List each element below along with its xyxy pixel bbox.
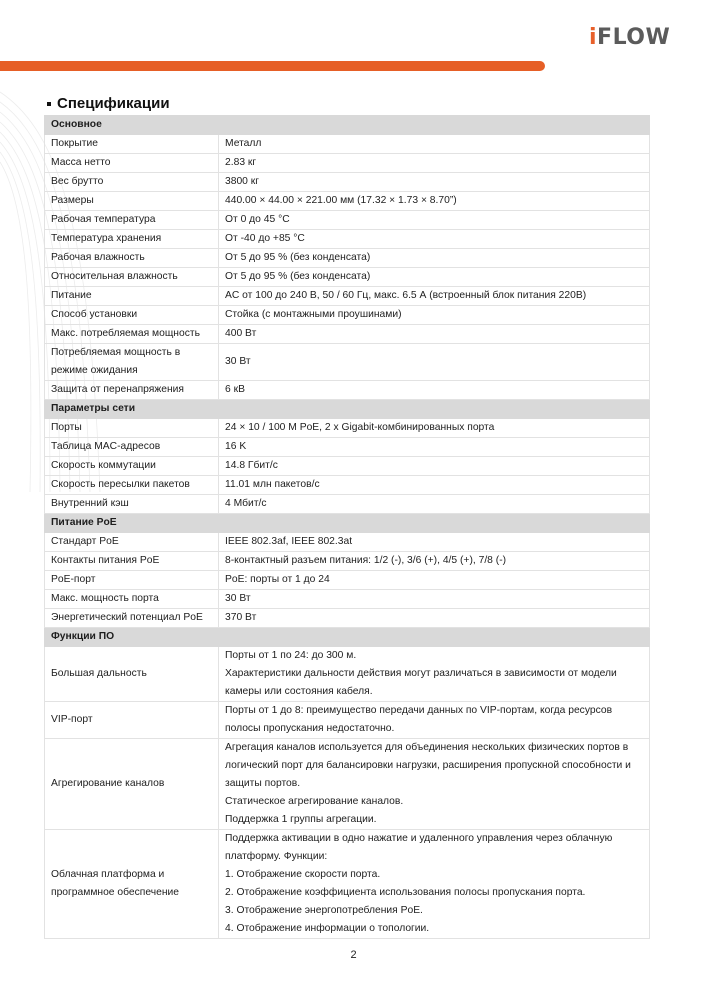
spec-value-line: 370 Вт	[225, 609, 643, 627]
spec-value-line: Металл	[225, 135, 643, 153]
spec-key: VIP-порт	[45, 702, 219, 739]
spec-key: Рабочая влажность	[45, 249, 219, 268]
spec-key: Относительная влажность	[45, 268, 219, 287]
table-row: Макс. мощность порта30 Вт	[45, 590, 650, 609]
table-row: Защита от перенапряжения6 кВ	[45, 381, 650, 400]
header-accent-bar	[0, 61, 545, 71]
spec-value: 4 Мбит/с	[219, 495, 650, 514]
table-row: Облачная платформа и программное обеспеч…	[45, 830, 650, 939]
table-row: Скорость коммутации14.8 Гбит/с	[45, 457, 650, 476]
spec-value-line: 11.01 млн пакетов/с	[225, 476, 643, 494]
bullet-icon	[47, 102, 51, 106]
section-title: Функции ПО	[45, 628, 650, 647]
spec-key: Вес брутто	[45, 173, 219, 192]
table-row: Агрегирование каналовАгрегация каналов и…	[45, 739, 650, 830]
spec-value-line: 30 Вт	[225, 590, 643, 608]
table-row: VIP-портПорты от 1 до 8: преимущество пе…	[45, 702, 650, 739]
logo-accent: i	[589, 27, 597, 49]
spec-value: 370 Вт	[219, 609, 650, 628]
spec-value: Порты от 1 по 24: до 300 м.Характеристик…	[219, 647, 650, 702]
brand-logo: iFLOW	[589, 27, 670, 49]
spec-value: Поддержка активации в одно нажатие и уда…	[219, 830, 650, 939]
spec-value-line: Порты от 1 по 24: до 300 м.	[225, 647, 643, 665]
spec-key: PoE-порт	[45, 571, 219, 590]
logo-text: FLOW	[597, 27, 670, 49]
spec-key: Защита от перенапряжения	[45, 381, 219, 400]
table-row: Потребляемая мощность в режиме ожидания3…	[45, 344, 650, 381]
spec-value: 400 Вт	[219, 325, 650, 344]
spec-value-line: 6 кВ	[225, 381, 643, 399]
section-header: Питание PoE	[45, 514, 650, 533]
spec-value: 24 × 10 / 100 M PoE, 2 x Gigabit-комбини…	[219, 419, 650, 438]
spec-value-line: Агрегация каналов используется для объед…	[225, 739, 643, 793]
spec-value-line: 4. Отображение информации о топологии.	[225, 920, 643, 938]
spec-key: Макс. потребляемая мощность	[45, 325, 219, 344]
spec-table: ОсновноеПокрытиеМеталлМасса нетто2.83 кг…	[44, 115, 650, 939]
spec-value: AC от 100 до 240 В, 50 / 60 Гц, макс. 6.…	[219, 287, 650, 306]
section-title: Параметры сети	[45, 400, 650, 419]
table-row: Скорость пересылки пакетов11.01 млн паке…	[45, 476, 650, 495]
spec-value: 14.8 Гбит/с	[219, 457, 650, 476]
spec-value-line: 440.00 × 44.00 × 221.00 мм (17.32 × 1.73…	[225, 192, 643, 210]
spec-key: Температура хранения	[45, 230, 219, 249]
spec-value: 11.01 млн пакетов/с	[219, 476, 650, 495]
table-row: Температура храненияОт -40 до +85 °C	[45, 230, 650, 249]
spec-key: Скорость пересылки пакетов	[45, 476, 219, 495]
spec-value-line: 3. Отображение энергопотребления PoE.	[225, 902, 643, 920]
table-row: Таблица MAC-адресов16 K	[45, 438, 650, 457]
spec-value-line: AC от 100 до 240 В, 50 / 60 Гц, макс. 6.…	[225, 287, 643, 305]
spec-key: Энергетический потенциал PoE	[45, 609, 219, 628]
spec-value-line: IEEE 802.3af, IEEE 802.3at	[225, 533, 643, 551]
spec-value: 3800 кг	[219, 173, 650, 192]
spec-value-line: Поддержка 1 группы агрегации.	[225, 811, 643, 829]
spec-value-line: 1. Отображение скорости порта.	[225, 866, 643, 884]
spec-value-line: 8-контактный разъем питания: 1/2 (-), 3/…	[225, 552, 643, 570]
spec-value-line: 400 Вт	[225, 325, 643, 343]
section-title: Питание PoE	[45, 514, 650, 533]
spec-key: Стандарт PoE	[45, 533, 219, 552]
table-row: Масса нетто2.83 кг	[45, 154, 650, 173]
spec-value-line: 30 Вт	[225, 353, 643, 371]
page-title: Спецификации	[47, 95, 170, 112]
table-row: Рабочая влажностьОт 5 до 95 % (без конде…	[45, 249, 650, 268]
spec-value: От 5 до 95 % (без конденсата)	[219, 249, 650, 268]
spec-value: 30 Вт	[219, 590, 650, 609]
page-title-text: Спецификации	[57, 95, 170, 112]
spec-key: Порты	[45, 419, 219, 438]
spec-key: Рабочая температура	[45, 211, 219, 230]
spec-value: 8-контактный разъем питания: 1/2 (-), 3/…	[219, 552, 650, 571]
spec-value: Порты от 1 до 8: преимущество передачи д…	[219, 702, 650, 739]
spec-key: Контакты питания PoE	[45, 552, 219, 571]
spec-value: 440.00 × 44.00 × 221.00 мм (17.32 × 1.73…	[219, 192, 650, 211]
table-row: Макс. потребляемая мощность400 Вт	[45, 325, 650, 344]
spec-value-line: 24 × 10 / 100 M PoE, 2 x Gigabit-комбини…	[225, 419, 643, 437]
spec-value-line: 2. Отображение коэффициента использовани…	[225, 884, 643, 902]
section-header: Параметры сети	[45, 400, 650, 419]
spec-key: Скорость коммутации	[45, 457, 219, 476]
section-header: Функции ПО	[45, 628, 650, 647]
table-row: ПокрытиеМеталл	[45, 135, 650, 154]
table-row: Относительная влажностьОт 5 до 95 % (без…	[45, 268, 650, 287]
spec-value-line: 14.8 Гбит/с	[225, 457, 643, 475]
spec-value-line: Характеристики дальности действия могут …	[225, 665, 643, 701]
spec-value-line: 4 Мбит/с	[225, 495, 643, 513]
table-row: Стандарт PoEIEEE 802.3af, IEEE 802.3at	[45, 533, 650, 552]
spec-value-line: Стойка (с монтажными проушинами)	[225, 306, 643, 324]
table-row: Энергетический потенциал PoE370 Вт	[45, 609, 650, 628]
spec-key: Масса нетто	[45, 154, 219, 173]
spec-key: Покрытие	[45, 135, 219, 154]
spec-value: 2.83 кг	[219, 154, 650, 173]
spec-value-line: Статическое агрегирование каналов.	[225, 793, 643, 811]
section-header: Основное	[45, 116, 650, 135]
table-row: Большая дальностьПорты от 1 по 24: до 30…	[45, 647, 650, 702]
spec-value: От -40 до +85 °C	[219, 230, 650, 249]
spec-value: От 5 до 95 % (без конденсата)	[219, 268, 650, 287]
page-number: 2	[0, 949, 707, 961]
spec-value-line: 16 K	[225, 438, 643, 456]
spec-value: 16 K	[219, 438, 650, 457]
table-row: Рабочая температураОт 0 до 45 °C	[45, 211, 650, 230]
spec-value: 6 кВ	[219, 381, 650, 400]
spec-value: От 0 до 45 °C	[219, 211, 650, 230]
table-row: PoE-портPoE: порты от 1 до 24	[45, 571, 650, 590]
table-row: Внутренний кэш4 Мбит/с	[45, 495, 650, 514]
table-row: ПитаниеAC от 100 до 240 В, 50 / 60 Гц, м…	[45, 287, 650, 306]
spec-value: IEEE 802.3af, IEEE 802.3at	[219, 533, 650, 552]
spec-value-line: Поддержка активации в одно нажатие и уда…	[225, 830, 643, 866]
table-row: Способ установкиСтойка (с монтажными про…	[45, 306, 650, 325]
spec-value-line: От 0 до 45 °C	[225, 211, 643, 229]
spec-value-line: От 5 до 95 % (без конденсата)	[225, 268, 643, 286]
spec-key: Облачная платформа и программное обеспеч…	[45, 830, 219, 939]
table-row: Вес брутто3800 кг	[45, 173, 650, 192]
table-row: Контакты питания PoE8-контактный разъем …	[45, 552, 650, 571]
spec-value-line: 3800 кг	[225, 173, 643, 191]
spec-value: Агрегация каналов используется для объед…	[219, 739, 650, 830]
spec-key: Таблица MAC-адресов	[45, 438, 219, 457]
spec-key: Агрегирование каналов	[45, 739, 219, 830]
spec-value-line: От 5 до 95 % (без конденсата)	[225, 249, 643, 267]
table-row: Размеры440.00 × 44.00 × 221.00 мм (17.32…	[45, 192, 650, 211]
spec-value: Металл	[219, 135, 650, 154]
section-title: Основное	[45, 116, 650, 135]
spec-value-line: Порты от 1 до 8: преимущество передачи д…	[225, 702, 643, 738]
table-row: Порты24 × 10 / 100 M PoE, 2 x Gigabit-ко…	[45, 419, 650, 438]
spec-key: Потребляемая мощность в режиме ожидания	[45, 344, 219, 381]
spec-value-line: 2.83 кг	[225, 154, 643, 172]
spec-value: Стойка (с монтажными проушинами)	[219, 306, 650, 325]
spec-key: Большая дальность	[45, 647, 219, 702]
spec-value-line: От -40 до +85 °C	[225, 230, 643, 248]
spec-value: 30 Вт	[219, 344, 650, 381]
spec-key: Размеры	[45, 192, 219, 211]
spec-key: Внутренний кэш	[45, 495, 219, 514]
spec-value: PoE: порты от 1 до 24	[219, 571, 650, 590]
spec-key: Макс. мощность порта	[45, 590, 219, 609]
spec-key: Питание	[45, 287, 219, 306]
spec-key: Способ установки	[45, 306, 219, 325]
spec-value-line: PoE: порты от 1 до 24	[225, 571, 643, 589]
